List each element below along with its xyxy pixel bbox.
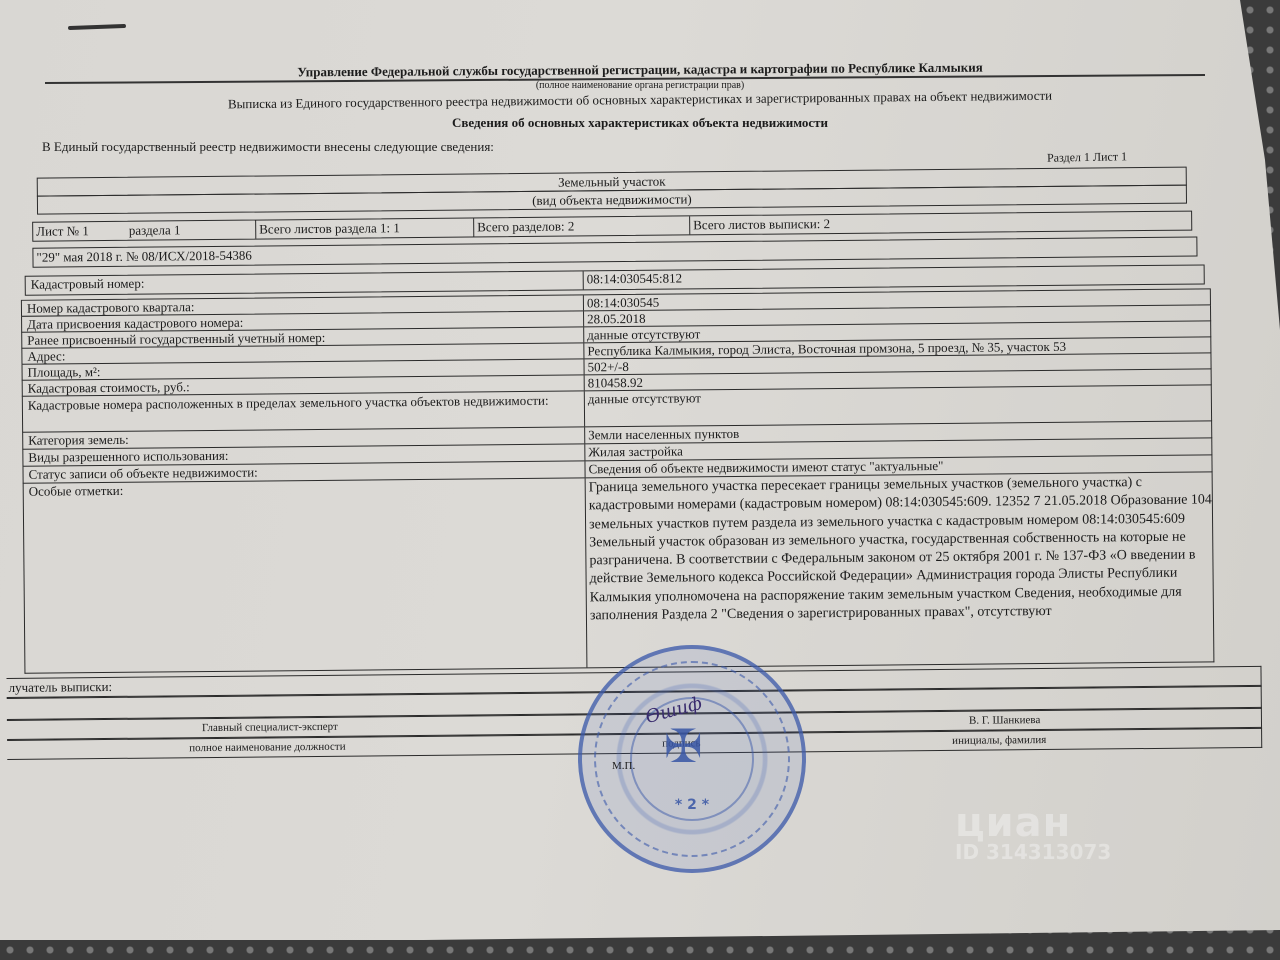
sheet-number: Лист № 1 раздела 1 [33, 221, 255, 241]
position-caption: полное наименование должности [189, 741, 345, 755]
fields-block: Номер кадастрового квартала:08:14:030545… [21, 288, 1215, 673]
field-value: 08:14:030545:812 [584, 265, 1204, 289]
field-label: Особые отметки: [24, 478, 588, 672]
document-page: Управление Федеральной службы государств… [0, 0, 1280, 940]
recipient-label: лучатель выписки: [7, 679, 113, 696]
section-title: Сведения об основных характеристиках объ… [0, 115, 1280, 131]
special-notes-row: Особые отметки:Граница земельного участк… [23, 472, 1215, 673]
sheet-no-text: Лист № 1 [36, 223, 89, 240]
intro-text: В Единый государственный реестр недвижим… [42, 139, 494, 155]
doc-ref-row: "29" мая 2018 г. № 08/ИСХ/2018-54386 [32, 237, 1197, 268]
signer-name: В. Г. Шанкиева [969, 714, 1040, 727]
seal-caption: М.П. [612, 760, 635, 772]
coat-of-arms-icon: ✠ [664, 719, 703, 773]
section-text: раздела 1 [129, 222, 181, 238]
object-type: Земельный участок [558, 173, 666, 190]
field-value: данные отсутствуют [585, 385, 1211, 426]
name-caption: инициалы, фамилия [952, 734, 1046, 747]
official-stamp: ✠ * 2 * [578, 645, 806, 873]
total-sheets-section: Всего листов раздела 1: 1 [255, 218, 473, 238]
total-sheets-extract: Всего листов выписки: 2 [689, 212, 1191, 235]
watermark: циан ID 314313073 [955, 800, 1111, 864]
field-value: Граница земельного участка пересекает гр… [586, 472, 1214, 667]
field-label: Кадастровые номера расположенных в преде… [23, 391, 585, 431]
pen-mark [68, 24, 126, 30]
stamp-number: * 2 * [582, 797, 802, 813]
object-type-caption: (вид объекта недвижимости) [532, 191, 692, 209]
total-sections: Всего разделов: 2 [473, 216, 689, 236]
sheet-info-row: Лист № 1 раздела 1 Всего листов раздела … [32, 211, 1192, 242]
position-value: Главный специалист-эксперт [202, 721, 338, 734]
field-label: Кадастровый номер: [26, 271, 584, 294]
sheet-label: Раздел 1 Лист 1 [1047, 149, 1127, 165]
doc-ref: "29" мая 2018 г. № 08/ИСХ/2018-54386 [33, 247, 252, 267]
watermark-id: ID 314313073 [955, 840, 1111, 864]
